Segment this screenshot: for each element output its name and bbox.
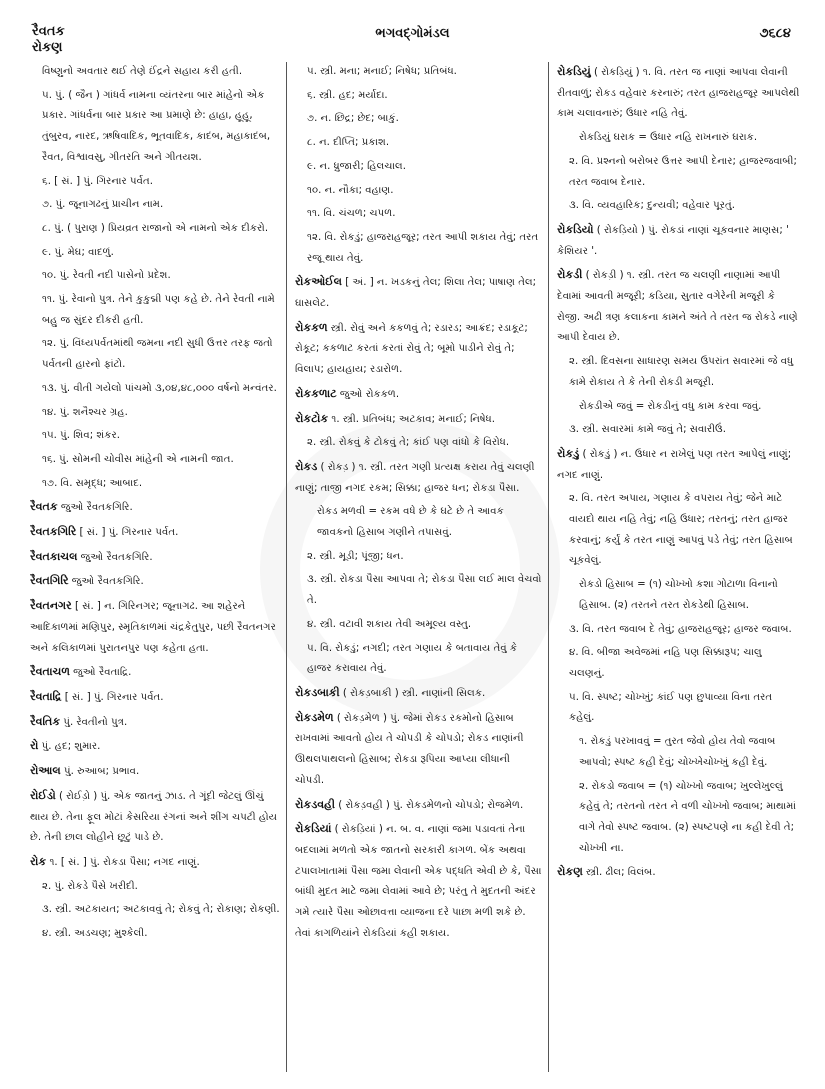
- dictionary-entry: રોકડ ( રોકડ઼ ) ૧. સ્ત્રી. તરત ગણી પ્રત્ય…: [295, 457, 542, 499]
- headword: રોકડિયો: [557, 223, 594, 236]
- definition-text: ૪. સ્ત્રી. અડચણ; મુશ્કેલી.: [42, 928, 147, 939]
- dictionary-entry: રૈવતક જુઓ રૈવતકગિરિ.: [30, 497, 280, 519]
- headword: રોકડું: [557, 447, 579, 460]
- entry-sense: ૨. વિ. તરત અપાય, ગણાય કે વપરાય તેવું; જે…: [557, 489, 800, 572]
- definition-text: ૭. પું. જૂનાગઢનું પ્રાચીન નામ.: [42, 199, 163, 210]
- definition-text: ૧૪. પું. શનૈશ્ચર ગ્રહ.: [42, 407, 128, 418]
- entry-sense: ૫. વિ. સ્પષ્ટ; ચોખ્ખું; કાંઈ પણ છુપાવ્યા…: [557, 688, 800, 729]
- page-header: રૈવતક રોકણ ભગવદ્ગોમંડલ ૭૬૮૪: [0, 20, 825, 60]
- definition-text: [ સં. ] પું. ગિરનાર પર્વત.: [62, 692, 164, 703]
- headword: રોક: [30, 855, 46, 868]
- headword: રોકડબાકી: [295, 686, 340, 699]
- definition-text: રોકડિયું ઘરાક = ઉધાર નહિ રાખનારું ઘરાક.: [579, 132, 757, 143]
- headword: રૈવતિક: [30, 715, 60, 728]
- headword: રોકડિયું: [557, 65, 591, 78]
- definition-text: ( રોકડ઼બાકી ) સ્ત્રી. નાણાંની સિલક.: [340, 688, 486, 699]
- entry-sense: ૨. સ્ત્રી. દિવસના સાધારણ સમય ઉપરાંત સવાર…: [557, 352, 800, 393]
- definition-text: પું. હદ; શુમાર.: [38, 741, 100, 752]
- entry-sense: ૩. સ્ત્રી. સવારમાં કામે જવું તે; સવારીઉં…: [557, 420, 800, 441]
- headword: રૈવતક: [30, 500, 58, 513]
- dictionary-entry: રો પું. હદ; શુમાર.: [30, 736, 280, 758]
- definition-text: ( રોકડ઼વહી ) પું. રોકડમેળનો ચોપડો; રોજમે…: [335, 800, 523, 811]
- entry-sense: ૧૬. પું. સોમની ચોવીસ માંહેની એ નામની જાત…: [30, 450, 280, 471]
- definition-text: ૧૨. પું. વિંધ્યપર્વતમાંથી જમના નદી સુધી …: [42, 338, 273, 370]
- definition-text: જુઓ રૈવતકગિરિ.: [69, 576, 144, 587]
- headword: રોઆલ: [30, 764, 61, 777]
- definition-text: [ સં. ] પું. ગિરનાર પર્વત.: [76, 527, 178, 538]
- entry-sense: ૭. પું. જૂનાગઢનું પ્રાચીન નામ.: [30, 195, 280, 216]
- dictionary-entry: રૈવતકાચલ જુઓ રૈવતકગિરિ.: [30, 547, 280, 569]
- dictionary-entry: રોકડમેળ ( રોકડ઼મેળ ) પું. જેમાં રોકડ રકમ…: [295, 708, 542, 792]
- entry-sense: ૨. સ્ત્રી. રોકવું કે ટોકવું તે; કાંઈ પણ …: [295, 433, 542, 454]
- definition-text: ૫. વિ. રોકડું; નગદી; તરત ગણાય કે બતાવાય …: [307, 643, 517, 675]
- headword: રોકડિયાં: [295, 822, 331, 835]
- definition-text: પું. રુઆબ; પ્રભાવ.: [61, 766, 139, 777]
- guide-word-last: રોકણ: [32, 40, 65, 56]
- definition-text: ( રોકડ઼િયું ) ૧. વિ. તરત જ નાણાં આપવા લે…: [557, 67, 799, 119]
- definition-text: ૨. સ્ત્રી. મૂડી; પૂંજી; ધન.: [307, 551, 404, 562]
- entry-sense: ૫. વિ. રોકડું; નગદી; તરત ગણાય કે બતાવાય …: [295, 639, 542, 680]
- definition-text: ૨. વિ. તરત અપાય, ગણાય કે વપરાય તેવું; જે…: [569, 493, 793, 566]
- dictionary-entry: રૈવતગિરિ જુઓ રૈવતકગિરિ.: [30, 571, 280, 593]
- dictionary-entry: રોઆલ પું. રુઆબ; પ્રભાવ.: [30, 761, 280, 783]
- headword: રોકડમેળ: [295, 711, 334, 724]
- definition-text: ( રોકડ઼ી ) ૧. સ્ત્રી. તરત જ ચલણી નાણામાં…: [557, 270, 798, 343]
- definition-text: ૩. સ્ત્રી. રોકડા પૈસા આપવા તે; રોકડા પૈસ…: [307, 574, 541, 606]
- definition-text: ૧૧. પું. રેવાનો પુત્ર. તેને કુકુદ્મી પણ …: [42, 294, 275, 326]
- dictionary-entry: રૈવતનગર [ સં. ] ન. ગિરિનગર; જૂનાગઢ. આ શહ…: [30, 596, 280, 659]
- entry-sense: ૮. પું. ( પુરાણ ) પ્રિયવ્રત રાજાનો એ નામ…: [30, 219, 280, 240]
- definition-text: જુઓ રોકકળ.: [337, 389, 399, 400]
- headword: રોકડવહી: [295, 798, 335, 811]
- dictionary-entry: રોઈડો ( રોઈડ઼ો ) પું. એક જાતનું ઝાડ. તે …: [30, 786, 280, 849]
- definition-text: ૫. પું. ( જૈન ) ગાંધર્વ નામના વ્યંતરના બ…: [42, 90, 270, 163]
- entry-sense: ૫. પું. ( જૈન ) ગાંધર્વ નામના વ્યંતરના બ…: [30, 86, 280, 169]
- dictionary-entry: રૈવતાચળ જુઓ રૈવતાદ્રિ.: [30, 662, 280, 684]
- definition-text: ૧. [ સં. ] પું. રોકડા પૈસા; નગદ નાણું.: [46, 857, 199, 868]
- headword: રોકટોક: [295, 412, 328, 425]
- definition-text: ૫. સ્ત્રી. મના; મનાઈ; નિષેધ; પ્રતિબંધ.: [307, 66, 457, 77]
- dictionary-entry: રોકડબાકી ( રોકડ઼બાકી ) સ્ત્રી. નાણાંની સ…: [295, 683, 542, 705]
- entry-sense: ૩. સ્ત્રી. અટકાયત; અટકાવવું તે; રોકવું ત…: [30, 900, 280, 921]
- column-2: ૫. સ્ત્રી. મના; મનાઈ; નિષેધ; પ્રતિબંધ.૬.…: [286, 62, 548, 1072]
- entry-sense: ૭. ન. છિદ્ર; છેદ; બાકું.: [295, 109, 542, 130]
- dictionary-entry: રોકડિયું ( રોકડ઼િયું ) ૧. વિ. તરત જ નાણા…: [557, 62, 800, 125]
- entry-sense: ૧૦. ન. નૌકા; વહાણ.: [295, 181, 542, 202]
- usage-example: રોકડ મળવી = રકમ વધે છે કે ઘટે છે તે આવક …: [295, 502, 542, 543]
- headword: રૈવતકગિરિ: [30, 525, 76, 538]
- headword: રોકકળાટ: [295, 387, 337, 400]
- entry-sense: ૯. પું. મેઘ; વાદળું.: [30, 243, 280, 264]
- entry-sense: ૧૨. વિ. રોકડું; હાજરાહજૂર; તરત આપી શકાય …: [295, 228, 542, 269]
- headword: રૈવતકાચલ: [30, 550, 77, 563]
- dictionary-entry: રોકડી ( રોકડ઼ી ) ૧. સ્ત્રી. તરત જ ચલણી ન…: [557, 265, 800, 349]
- definition-text: ૨. વિ. પ્રશ્નનો બરોબર ઉત્તર આપી દેનાર; હ…: [569, 156, 797, 188]
- entry-sense: ૧૭. વિ. સમૃદ્ધ; આબાદ.: [30, 474, 280, 495]
- definition-text: ૧૦. પું. રેવતી નદી પાસેનો પ્રદેશ.: [42, 270, 171, 281]
- usage-example: રોકડિયું ઘરાક = ઉધાર નહિ રાખનારું ઘરાક.: [557, 128, 800, 149]
- entry-sense: ૩. વિ. તરત જવાબ દે તેવું; હાજરાહજૂર; હાજ…: [557, 620, 800, 641]
- definition-text: ૧૫. પું. શિવ; શંકર.: [42, 430, 120, 441]
- dictionary-entry: રોકડવહી ( રોકડ઼વહી ) પું. રોકડમેળનો ચોપડ…: [295, 795, 542, 817]
- entry-sense: ૧૫. પું. શિવ; શંકર.: [30, 426, 280, 447]
- headword: રૈવતગિરિ: [30, 574, 69, 587]
- definition-text: ૨. રોકડો જવાબ = (૧) ચોખ્ખો જવાબ; ખુલ્લેખ…: [579, 781, 796, 854]
- entry-sense: ૪. સ્ત્રી. અડચણ; મુશ્કેલી.: [30, 924, 280, 945]
- dictionary-entry: રોકઓઈલ [ અં. ] ન. ખડકનું તેલ; શિલા તેલ; …: [295, 272, 542, 314]
- headword: રોકકળ: [295, 321, 328, 334]
- definition-text: જુઓ રૈવતકગિરિ.: [58, 502, 133, 513]
- dictionary-entry: રોકકળ સ્ત્રી. રોવું અને કકળવું તે; રડારડ…: [295, 318, 542, 381]
- usage-example: રોકડો હિસાબ = (૧) ચોખ્ખો કશા ગોટાળા વિના…: [557, 575, 800, 616]
- column-1: વિષ્ણુનો અવતાર થઈ તેણે ઈંદ્રને સહાય કરી …: [30, 62, 286, 1072]
- headword: રોકડી: [557, 268, 582, 281]
- definition-text: રોકડીએ જવું = રોકડીનું વધુ કામ કરવા જવું…: [579, 401, 761, 412]
- definition-text: ( રોકડ઼ ) ૧. સ્ત્રી. તરત ગણી પ્રત્યક્ષ ક…: [295, 462, 535, 494]
- definition-text: ૧. રોકડું પરખાવવું = તુરત જેવો હોય તેવો …: [579, 736, 775, 768]
- definition-text: વિષ્ણુનો અવતાર થઈ તેણે ઈંદ્રને સહાય કરી …: [42, 66, 242, 77]
- headword: રોકઓઈલ: [295, 275, 342, 288]
- entry-sense: ૯. ન. ધ્રુજારી; હિલચાલ.: [295, 157, 542, 178]
- usage-example: ૨. રોકડો જવાબ = (૧) ચોખ્ખો જવાબ; ખુલ્લેખ…: [557, 777, 800, 860]
- definition-text: ( રોઈડ઼ો ) પું. એક જાતનું ઝાડ. તે ગૂંદી …: [30, 791, 277, 843]
- dictionary-entry: રોકટોક ૧. સ્ત્રી. પ્રતિબંધ; અટકાવ; મનાઈ;…: [295, 409, 542, 431]
- entry-sense: ૬. [ સં. ] પું. ગિરનાર પર્વત.: [30, 172, 280, 193]
- usage-example: ૧. રોકડું પરખાવવું = તુરત જેવો હોય તેવો …: [557, 732, 800, 773]
- headword: રોકડ: [295, 460, 317, 473]
- entry-sense: ૨. સ્ત્રી. મૂડી; પૂંજી; ધન.: [295, 547, 542, 568]
- usage-example: રોકડીએ જવું = રોકડીનું વધુ કામ કરવા જવું…: [557, 397, 800, 418]
- definition-text: ( રોકડ઼િયાં ) ન. બ. વ. નાણાં જમા પડાવતાં…: [295, 824, 542, 939]
- definition-text: સ્ત્રી. રોવું અને કકળવું તે; રડારડ; આક્ર…: [295, 323, 528, 375]
- dictionary-entry: રોકડિયાં ( રોકડ઼િયાં ) ન. બ. વ. નાણાં જમ…: [295, 819, 542, 944]
- entry-sense: ૧૪. પું. શનૈશ્ચર ગ્રહ.: [30, 403, 280, 424]
- dictionary-entry: રોકણ સ્ત્રી. ઢીલ; વિલંબ.: [557, 862, 800, 884]
- column-3: રોકડિયું ( રોકડ઼િયું ) ૧. વિ. તરત જ નાણા…: [548, 62, 800, 1072]
- entry-sense: ૧૧. વિ. ચંચળ; ચપળ.: [295, 204, 542, 225]
- dictionary-entry: રોકકળાટ જુઓ રોકકળ.: [295, 384, 542, 406]
- definition-text: જુઓ રૈવતાદ્રિ.: [70, 667, 132, 678]
- dictionary-columns: વિષ્ણુનો અવતાર થઈ તેણે ઈંદ્રને સહાય કરી …: [30, 62, 800, 1072]
- dictionary-entry: રોકડું ( રોકડ઼ું ) ન. ઉધાર ન રાખેલું પણ …: [557, 444, 800, 486]
- definition-text: ૧૬. પું. સોમની ચોવીસ માંહેની એ નામની જાત…: [42, 454, 234, 465]
- definition-text: જુઓ રૈવતકગિરિ.: [77, 552, 152, 563]
- entry-sense: ૧૩. પું. વીતી ગયેલો પાંચમો ૩,૦૪,૪૮,૦૦૦ વ…: [30, 379, 280, 400]
- entry-sense: ૬. સ્ત્રી. હદ; મર્યાદા.: [295, 86, 542, 107]
- page-number: ૭૬૮૪: [759, 26, 791, 41]
- headword: રૈવતાચળ: [30, 665, 70, 678]
- definition-text: ૧. સ્ત્રી. પ્રતિબંધ; અટકાવ; મનાઈ; નિષેધ.: [328, 414, 495, 425]
- headword: રૈવતનગર: [30, 599, 72, 612]
- definition-text: ૭. ન. છિદ્ર; છેદ; બાકું.: [307, 113, 399, 124]
- dictionary-entry: રોક ૧. [ સં. ] પું. રોકડા પૈસા; નગદ નાણુ…: [30, 852, 280, 874]
- entry-sense: ૪. સ્ત્રી. વટાવી શકાય તેવી અમૂલ્ય વસ્તુ.: [295, 615, 542, 636]
- definition-text: ૧૨. વિ. રોકડું; હાજરાહજૂર; તરત આપી શકાય …: [307, 232, 538, 264]
- headword: રોકણ: [557, 865, 583, 878]
- definition-text: ૩. સ્ત્રી. સવારમાં કામે જવું તે; સવારીઉં…: [569, 424, 726, 435]
- definition-text: ૨. સ્ત્રી. દિવસના સાધારણ સમય ઉપરાંત સવાર…: [569, 356, 793, 388]
- definition-text: ૯. ન. ધ્રુજારી; હિલચાલ.: [307, 161, 406, 172]
- dictionary-entry: રૈવતકગિરિ [ સં. ] પું. ગિરનાર પર્વત.: [30, 522, 280, 544]
- definition-text: પું. રેવતીનો પુત્ર.: [60, 717, 127, 728]
- entry-sense: ૧૦. પું. રેવતી નદી પાસેનો પ્રદેશ.: [30, 266, 280, 287]
- definition-text: ૮. પું. ( પુરાણ ) પ્રિયવ્રત રાજાનો એ નામ…: [42, 223, 268, 234]
- entry-sense: ૧૧. પું. રેવાનો પુત્ર. તેને કુકુદ્મી પણ …: [30, 290, 280, 331]
- definition-text: ૩. વિ. વ્યવહારિક; દુન્યવી; વહેવાર પૂરતું…: [569, 200, 735, 211]
- definition-text: સ્ત્રી. ઢીલ; વિલંબ.: [583, 867, 656, 878]
- entry-sense: ૩. સ્ત્રી. રોકડા પૈસા આપવા તે; રોકડા પૈસ…: [295, 570, 542, 611]
- definition-text: ૯. પું. મેઘ; વાદળું.: [42, 247, 114, 258]
- definition-text: રોકડો હિસાબ = (૧) ચોખ્ખો કશા ગોટાળા વિના…: [579, 579, 778, 611]
- definition-text: ૧૩. પું. વીતી ગયેલો પાંચમો ૩,૦૪,૪૮,૦૦૦ વ…: [42, 383, 277, 394]
- headword: રૈવતાદ્રિ: [30, 690, 62, 703]
- definition-text: ૧૭. વિ. સમૃદ્ધ; આબાદ.: [42, 478, 142, 489]
- entry-sense: ૨. વિ. પ્રશ્નનો બરોબર ઉત્તર આપી દેનાર; હ…: [557, 152, 800, 193]
- definition-text: ૩. વિ. તરત જવાબ દે તેવું; હાજરાહજૂર; હાજ…: [569, 624, 792, 635]
- definition-text: ૧૧. વિ. ચંચળ; ચપળ.: [307, 208, 395, 219]
- book-title: ભગવદ્ગોમંડલ: [0, 26, 825, 41]
- dictionary-entry: રોકડિયો ( રોકડ઼િયો ) પું. રોકડાં નાણાં ચ…: [557, 220, 800, 262]
- definition-text: ૩. સ્ત્રી. અટકાયત; અટકાવવું તે; રોકવું ત…: [42, 904, 280, 915]
- definition-text: ૨. સ્ત્રી. રોકવું કે ટોકવું તે; કાંઈ પણ …: [307, 437, 509, 448]
- entry-sense: ૨. પું. રોકડે પૈસે ખરીદી.: [30, 877, 280, 898]
- definition-text: રોકડ મળવી = રકમ વધે છે કે ઘટે છે તે આવક …: [317, 506, 504, 538]
- entry-sense: ૪. વિ. બીજા અવેજમાં નહિ પણ સિક્કારૂપ; ચા…: [557, 643, 800, 684]
- definition-text: ૫. વિ. સ્પષ્ટ; ચોખ્ખું; કાંઈ પણ છુપાવ્યા…: [569, 692, 772, 724]
- headword: રોઈડો: [30, 789, 56, 802]
- entry-sense: ૮. ન. દીપ્તિ; પ્રકાશ.: [295, 133, 542, 154]
- definition-text: ૬. સ્ત્રી. હદ; મર્યાદા.: [307, 90, 388, 101]
- definition-text: ૧૦. ન. નૌકા; વહાણ.: [307, 185, 393, 196]
- dictionary-entry: રૈવતિક પું. રેવતીનો પુત્ર.: [30, 712, 280, 734]
- entry-sense: ૫. સ્ત્રી. મના; મનાઈ; નિષેધ; પ્રતિબંધ.: [295, 62, 542, 83]
- dictionary-entry: રૈવતાદ્રિ [ સં. ] પું. ગિરનાર પર્વત.: [30, 687, 280, 709]
- definition-text: ૪. વિ. બીજા અવેજમાં નહિ પણ સિક્કારૂપ; ચા…: [569, 647, 762, 679]
- definition-text: ૮. ન. દીપ્તિ; પ્રકાશ.: [307, 137, 389, 148]
- definition-text: ( રોકડ઼ું ) ન. ઉધાર ન રાખેલું પણ તરત આપે…: [557, 449, 791, 481]
- definition-text: ૬. [ સં. ] પું. ગિરનાર પર્વત.: [42, 176, 153, 187]
- definition-text: ૪. સ્ત્રી. વટાવી શકાય તેવી અમૂલ્ય વસ્તુ.: [307, 619, 471, 630]
- entry-sense: ૩. વિ. વ્યવહારિક; દુન્યવી; વહેવાર પૂરતું…: [557, 196, 800, 217]
- entry-sense: વિષ્ણુનો અવતાર થઈ તેણે ઈંદ્રને સહાય કરી …: [30, 62, 280, 83]
- definition-text: ૨. પું. રોકડે પૈસે ખરીદી.: [42, 881, 138, 892]
- entry-sense: ૧૨. પું. વિંધ્યપર્વતમાંથી જમના નદી સુધી …: [30, 334, 280, 375]
